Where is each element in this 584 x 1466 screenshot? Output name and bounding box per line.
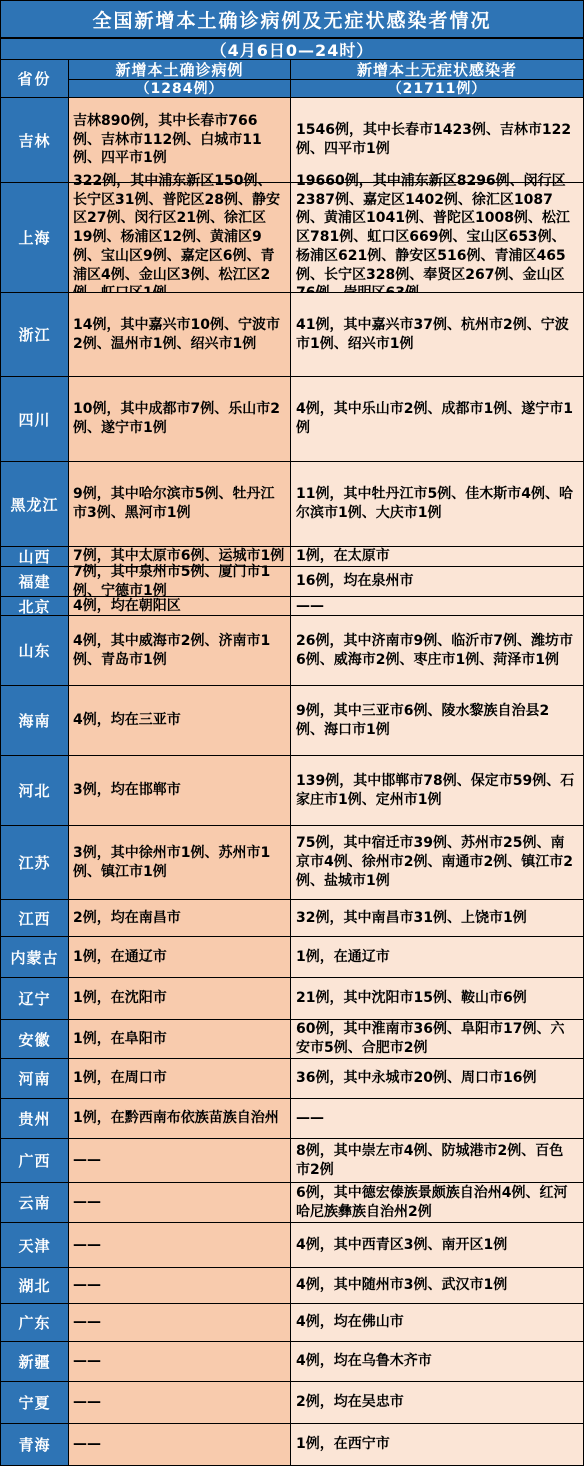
- asymptomatic-cases-cell: 1例，在西宁市: [291, 1424, 583, 1465]
- table-row: 吉林吉林890例，其中长春市766例、吉林市112例、白城市11例、四平市1例1…: [1, 97, 583, 182]
- asymptomatic-cases-cell: 9例，其中三亚市6例、陵水黎族自治县2例、海口市1例: [291, 686, 583, 755]
- province-label: 宁夏: [1, 1382, 69, 1423]
- asymptomatic-cases-cell: 1例，在通辽市: [291, 937, 583, 977]
- confirmed-cases-cell: ——: [69, 1183, 291, 1222]
- province-label: 辽宁: [1, 978, 69, 1019]
- province-label: 海南: [1, 686, 69, 755]
- province-label: 天津: [1, 1223, 69, 1267]
- table-header: 省份 新增本土确诊病例 （1284例） 新增本土无症状感染者 （21711例）: [1, 60, 583, 97]
- province-label: 贵州: [1, 1099, 69, 1138]
- confirmed-cases-cell: ——: [69, 1304, 291, 1341]
- confirmed-cases-cell: 1例，在沈阳市: [69, 978, 291, 1019]
- confirmed-cases-cell: ——: [69, 1382, 291, 1423]
- province-label: 广东: [1, 1304, 69, 1341]
- province-label: 广西: [1, 1139, 69, 1182]
- asymptomatic-cases-cell: 4例，均在乌鲁木齐市: [291, 1342, 583, 1381]
- confirmed-cases-cell: 4例，均在三亚市: [69, 686, 291, 755]
- confirmed-cases-cell: 9例，其中哈尔滨市5例、牡丹江市3例、黑河市1例: [69, 462, 291, 546]
- confirmed-cases-cell: 10例，其中成都市7例、乐山市2例、遂宁市1例: [69, 377, 291, 461]
- province-label: 江苏: [1, 826, 69, 899]
- confirmed-cases-cell: 2例，均在南昌市: [69, 900, 291, 936]
- table-row: 四川10例，其中成都市7例、乐山市2例、遂宁市1例4例，其中乐山市2例、成都市1…: [1, 376, 583, 461]
- province-label: 吉林: [1, 98, 69, 182]
- asymptomatic-cases-cell: 16例，均在泉州市: [291, 567, 583, 596]
- confirmed-cases-cell: ——: [69, 1268, 291, 1303]
- covid-stats-table: 全国新增本土确诊病例及无症状感染者情况 （4月6日0—24时） 省份 新增本土确…: [0, 0, 584, 1466]
- province-label: 福建: [1, 567, 69, 596]
- table-row: 青海——1例，在西宁市: [1, 1423, 583, 1465]
- table-row: 新疆——4例，均在乌鲁木齐市: [1, 1341, 583, 1381]
- province-label: 山东: [1, 616, 69, 685]
- table-row: 安徽1例，在阜阳市60例，其中淮南市36例、阜阳市17例、六安市5例、合肥市2例: [1, 1019, 583, 1058]
- asymptomatic-cases-cell: 2例，均在吴忠市: [291, 1382, 583, 1423]
- province-label: 山西: [1, 547, 69, 566]
- table-row: 广东——4例，均在佛山市: [1, 1303, 583, 1341]
- table-row: 上海322例，其中浦东新区150例、长宁区31例、普陀区28例、静安区27例、闵…: [1, 182, 583, 292]
- table-subtitle: （4月6日0—24时）: [1, 39, 583, 60]
- table-title: 全国新增本土确诊病例及无症状感染者情况: [1, 1, 583, 39]
- asymptomatic-cases-cell: ——: [291, 597, 583, 615]
- table-row: 黑龙江9例，其中哈尔滨市5例、牡丹江市3例、黑河市1例11例，其中牡丹江市5例、…: [1, 461, 583, 546]
- table-row: 云南——6例，其中德宏傣族景颇族自治州4例、红河哈尼族彝族自治州2例: [1, 1182, 583, 1222]
- table-row: 天津——4例，其中西青区3例、南开区1例: [1, 1222, 583, 1267]
- table-row: 海南4例，均在三亚市9例，其中三亚市6例、陵水黎族自治县2例、海口市1例: [1, 685, 583, 755]
- asymptomatic-cases-cell: 41例，其中嘉兴市37例、杭州市2例、宁波市1例、绍兴市1例: [291, 293, 583, 376]
- province-label: 四川: [1, 377, 69, 461]
- province-label: 新疆: [1, 1342, 69, 1381]
- province-label: 上海: [1, 183, 69, 292]
- province-label: 内蒙古: [1, 937, 69, 977]
- table-row: 宁夏——2例，均在吴忠市: [1, 1381, 583, 1423]
- table-row: 福建7例，其中泉州市5例、厦门市1例、宁德市1例16例，均在泉州市: [1, 566, 583, 596]
- asymptomatic-cases-cell: 8例，其中崇左市4例、防城港市2例、百色市2例: [291, 1139, 583, 1182]
- province-label: 江西: [1, 900, 69, 936]
- table-row: 江苏3例，其中徐州市1例、苏州市1例、镇江市1例75例，其中宿迁市39例、苏州市…: [1, 825, 583, 899]
- asymptomatic-cases-cell: 4例，均在佛山市: [291, 1304, 583, 1341]
- confirmed-cases-cell: 4例，均在朝阳区: [69, 597, 291, 615]
- asymptomatic-cases-cell: 75例，其中宿迁市39例、苏州市25例、南京市4例、徐州市2例、南通市2例、镇江…: [291, 826, 583, 899]
- confirmed-cases-cell: 3例，其中徐州市1例、苏州市1例、镇江市1例: [69, 826, 291, 899]
- province-label: 湖北: [1, 1268, 69, 1303]
- table-body: 吉林吉林890例，其中长春市766例、吉林市112例、白城市11例、四平市1例1…: [1, 97, 583, 1465]
- asymptomatic-cases-cell: 36例，其中永城市20例、周口市16例: [291, 1059, 583, 1098]
- confirmed-cases-cell: 1例，在阜阳市: [69, 1020, 291, 1058]
- confirmed-cases-cell: 322例，其中浦东新区150例、长宁区31例、普陀区28例、静安区27例、闵行区…: [69, 183, 291, 292]
- confirmed-cases-cell: ——: [69, 1139, 291, 1182]
- table-row: 山东4例，其中威海市2例、济南市1例、青岛市1例26例，其中济南市9例、临沂市7…: [1, 615, 583, 685]
- table-row: 北京4例，均在朝阳区——: [1, 596, 583, 615]
- province-label: 河南: [1, 1059, 69, 1098]
- asymptomatic-cases-cell: 60例，其中淮南市36例、阜阳市17例、六安市5例、合肥市2例: [291, 1020, 583, 1058]
- confirmed-cases-cell: ——: [69, 1223, 291, 1267]
- header-confirmed-total: （1284例）: [69, 80, 290, 96]
- asymptomatic-cases-cell: 1546例，其中长春市1423例、吉林市122例、四平市1例: [291, 98, 583, 182]
- confirmed-cases-cell: ——: [69, 1424, 291, 1465]
- asymptomatic-cases-cell: 6例，其中德宏傣族景颇族自治州4例、红河哈尼族彝族自治州2例: [291, 1183, 583, 1222]
- province-label: 黑龙江: [1, 462, 69, 546]
- province-label: 云南: [1, 1183, 69, 1222]
- confirmed-cases-cell: 3例，均在邯郸市: [69, 756, 291, 825]
- header-asymptomatic: 新增本土无症状感染者 （21711例）: [291, 60, 583, 97]
- province-label: 青海: [1, 1424, 69, 1465]
- asymptomatic-cases-cell: 21例，其中沈阳市15例、鞍山市6例: [291, 978, 583, 1019]
- confirmed-cases-cell: 1例，在黔西南布依族苗族自治州: [69, 1099, 291, 1138]
- confirmed-cases-cell: 吉林890例，其中长春市766例、吉林市112例、白城市11例、四平市1例: [69, 98, 291, 182]
- header-asymptomatic-total: （21711例）: [291, 80, 583, 96]
- province-label: 北京: [1, 597, 69, 615]
- confirmed-cases-cell: 14例，其中嘉兴市10例、宁波市2例、温州市1例、绍兴市1例: [69, 293, 291, 376]
- confirmed-cases-cell: 1例，在通辽市: [69, 937, 291, 977]
- header-confirmed: 新增本土确诊病例 （1284例）: [69, 60, 291, 97]
- table-row: 江西2例，均在南昌市32例，其中南昌市31例、上饶市1例: [1, 899, 583, 936]
- asymptomatic-cases-cell: 32例，其中南昌市31例、上饶市1例: [291, 900, 583, 936]
- confirmed-cases-cell: 4例，其中威海市2例、济南市1例、青岛市1例: [69, 616, 291, 685]
- asymptomatic-cases-cell: ——: [291, 1099, 583, 1138]
- asymptomatic-cases-cell: 4例，其中乐山市2例、成都市1例、遂宁市1例: [291, 377, 583, 461]
- header-asymptomatic-label: 新增本土无症状感染者: [291, 60, 583, 80]
- asymptomatic-cases-cell: 1例，在太原市: [291, 547, 583, 566]
- table-row: 浙江14例，其中嘉兴市10例、宁波市2例、温州市1例、绍兴市1例41例，其中嘉兴…: [1, 292, 583, 376]
- table-row: 湖北——4例，其中随州市3例、武汉市1例: [1, 1267, 583, 1303]
- table-row: 内蒙古1例，在通辽市1例，在通辽市: [1, 936, 583, 977]
- province-label: 浙江: [1, 293, 69, 376]
- table-row: 河北3例，均在邯郸市139例，其中邯郸市78例、保定市59例、石家庄市1例、定州…: [1, 755, 583, 825]
- confirmed-cases-cell: ——: [69, 1342, 291, 1381]
- asymptomatic-cases-cell: 139例，其中邯郸市78例、保定市59例、石家庄市1例、定州市1例: [291, 756, 583, 825]
- header-province: 省份: [1, 60, 69, 97]
- header-confirmed-label: 新增本土确诊病例: [69, 60, 290, 80]
- asymptomatic-cases-cell: 19660例，其中浦东新区8296例、闵行区2387例、嘉定区1402例、徐汇区…: [291, 183, 583, 292]
- province-label: 河北: [1, 756, 69, 825]
- asymptomatic-cases-cell: 4例，其中随州市3例、武汉市1例: [291, 1268, 583, 1303]
- table-row: 广西——8例，其中崇左市4例、防城港市2例、百色市2例: [1, 1138, 583, 1182]
- province-label: 安徽: [1, 1020, 69, 1058]
- confirmed-cases-cell: 1例，在周口市: [69, 1059, 291, 1098]
- table-row: 辽宁1例，在沈阳市21例，其中沈阳市15例、鞍山市6例: [1, 977, 583, 1019]
- asymptomatic-cases-cell: 11例，其中牡丹江市5例、佳木斯市4例、哈尔滨市1例、大庆市1例: [291, 462, 583, 546]
- asymptomatic-cases-cell: 26例，其中济南市9例、临沂市7例、潍坊市6例、威海市2例、枣庄市1例、菏泽市1…: [291, 616, 583, 685]
- asymptomatic-cases-cell: 4例，其中西青区3例、南开区1例: [291, 1223, 583, 1267]
- table-row: 河南1例，在周口市36例，其中永城市20例、周口市16例: [1, 1058, 583, 1098]
- confirmed-cases-cell: 7例，其中泉州市5例、厦门市1例、宁德市1例: [69, 567, 291, 596]
- table-row: 贵州1例，在黔西南布依族苗族自治州——: [1, 1098, 583, 1138]
